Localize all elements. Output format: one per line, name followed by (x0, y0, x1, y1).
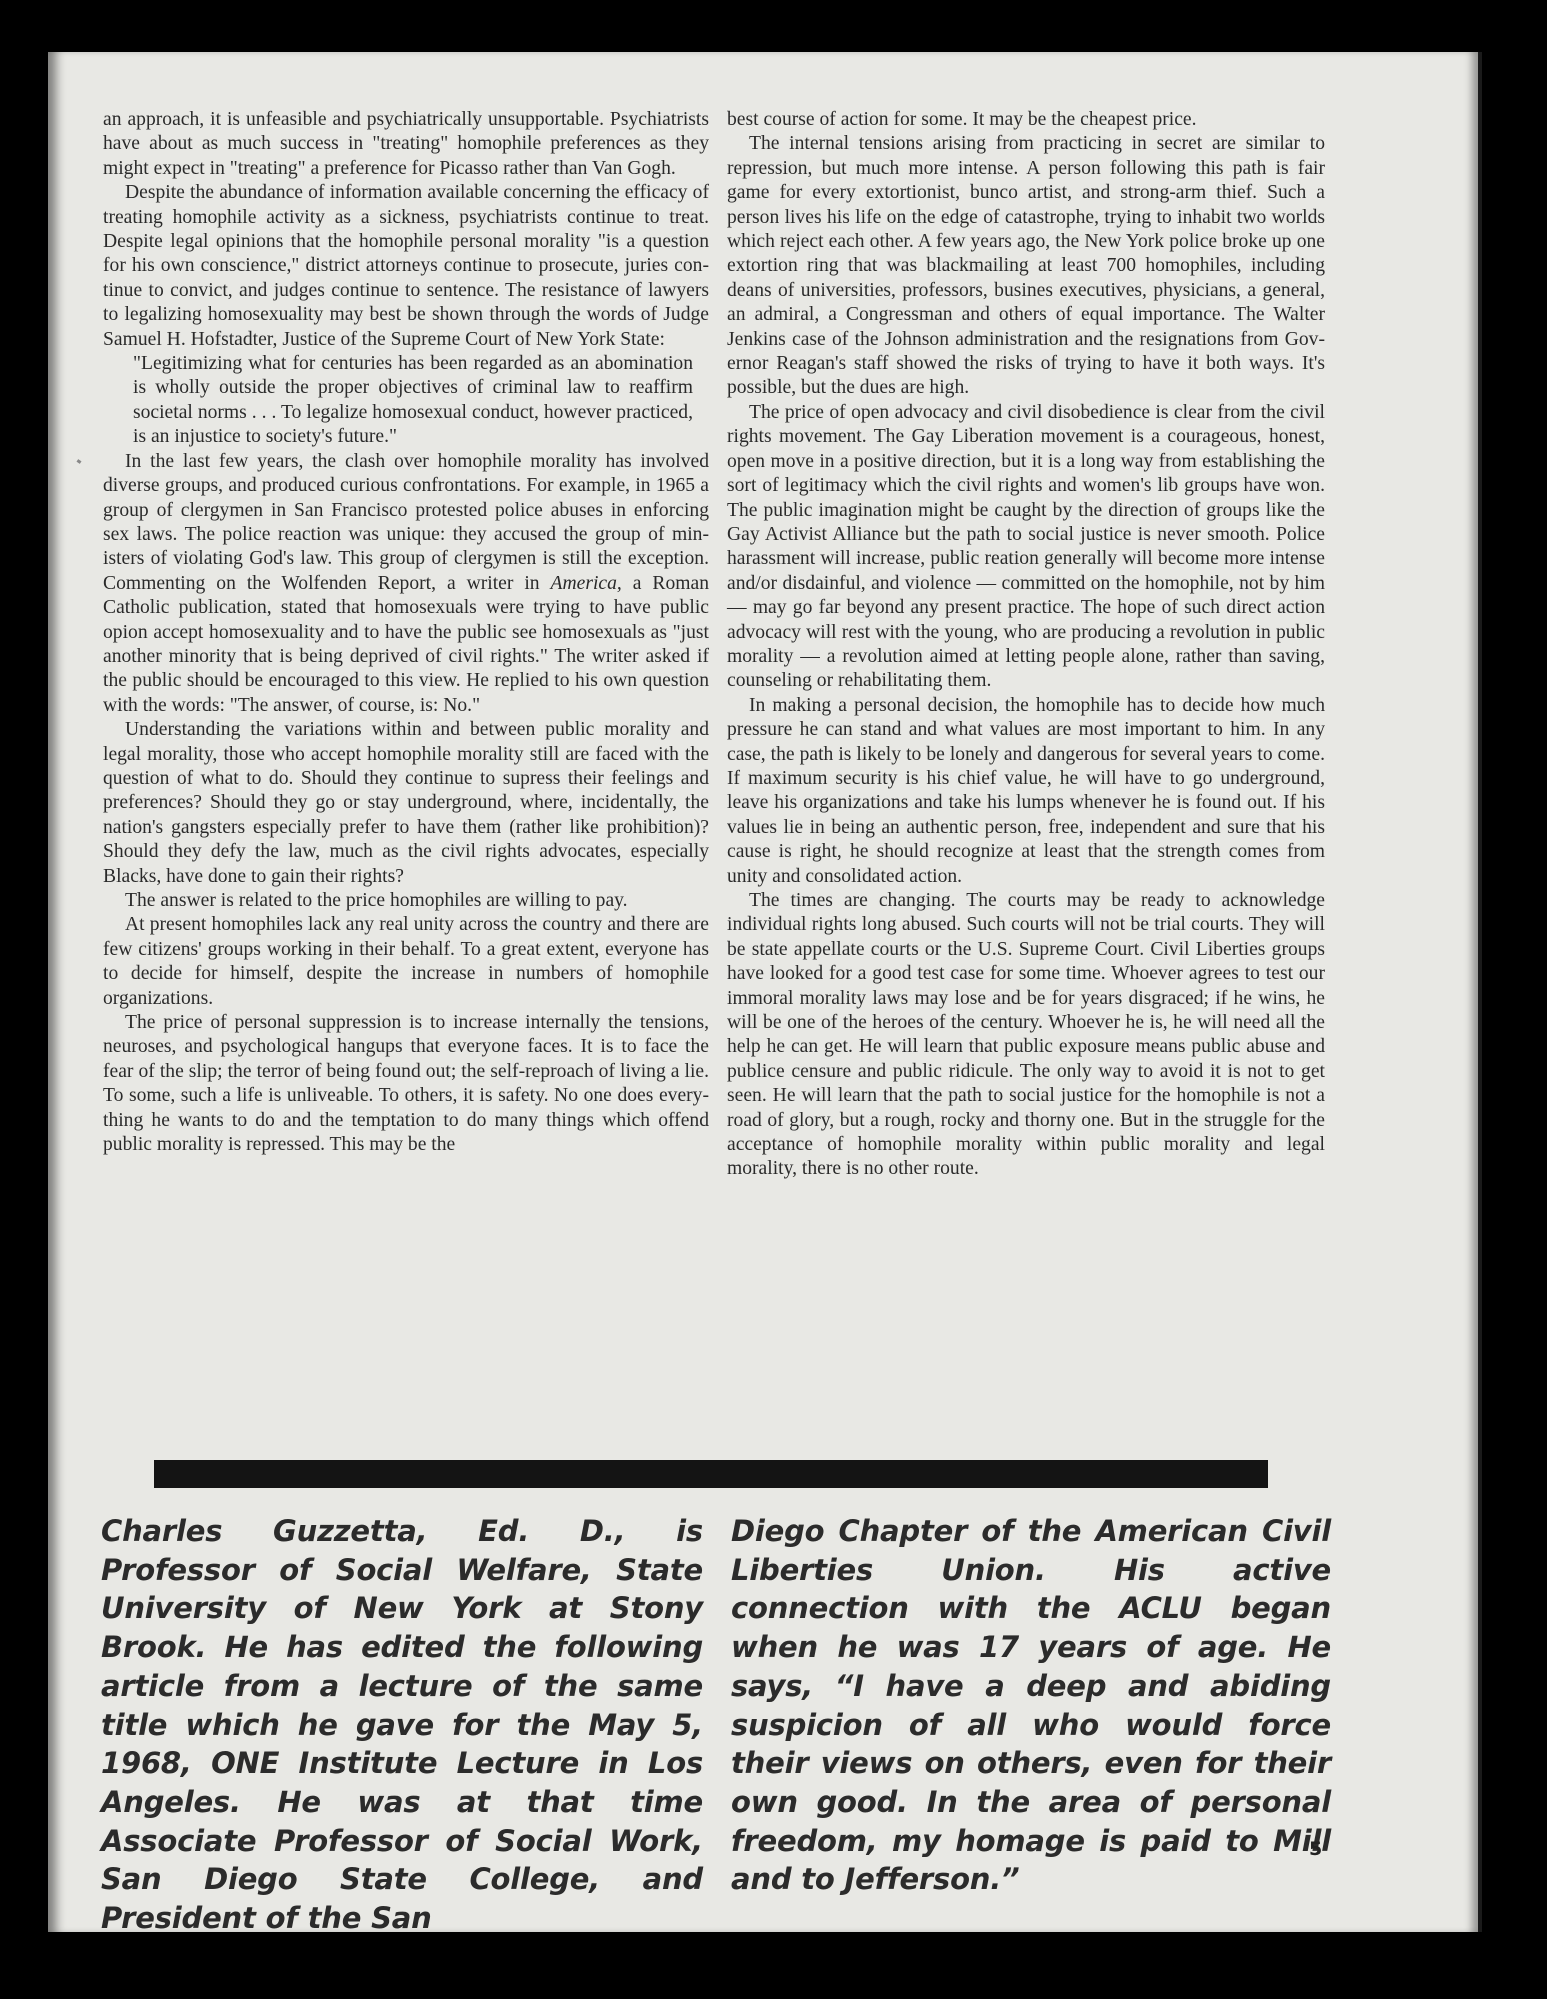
paragraph: In making a personal decision, the homop… (727, 694, 1325, 889)
paragraph: The price of personal suppression is to … (103, 1011, 709, 1157)
paragraph: At present homophiles lack any real unit… (103, 913, 709, 1011)
paragraph: The price of open advocacy and civil dis… (727, 401, 1325, 694)
paragraph: In the last few years, the clash over ho… (103, 450, 709, 718)
author-bio-right: Diego Chapter of the American Civil Libe… (731, 1512, 1331, 1899)
paragraph: an approach, it is unfeasible and psychi… (103, 108, 709, 181)
paragraph: The answer is related to the price homop… (103, 889, 709, 913)
page-number: 5 (1309, 1838, 1322, 1860)
publication-title: America, (551, 573, 622, 594)
divider-bar (154, 1460, 1268, 1488)
paragraph: best course of action for some. It may b… (727, 108, 1325, 132)
article-column-right: best course of action for some. It may b… (727, 108, 1325, 1182)
paragraph: Despite the abundance of information ava… (103, 181, 709, 352)
paragraph: The internal tensions arising from pract… (727, 132, 1325, 400)
paragraph: Understanding the variations within and … (103, 718, 709, 889)
page-edge (1478, 52, 1482, 1932)
paragraph: The times are changing. The courts may b… (727, 889, 1325, 1182)
author-bio-left: Charles Guzzetta, Ed. D., is Professor o… (101, 1512, 703, 1938)
article-column-left: an approach, it is unfeasible and psychi… (103, 108, 709, 1157)
text-run: a Roman Catholic publication, stated tha… (103, 573, 709, 716)
block-quote: "Legitimizing what for centuries has bee… (133, 352, 693, 450)
